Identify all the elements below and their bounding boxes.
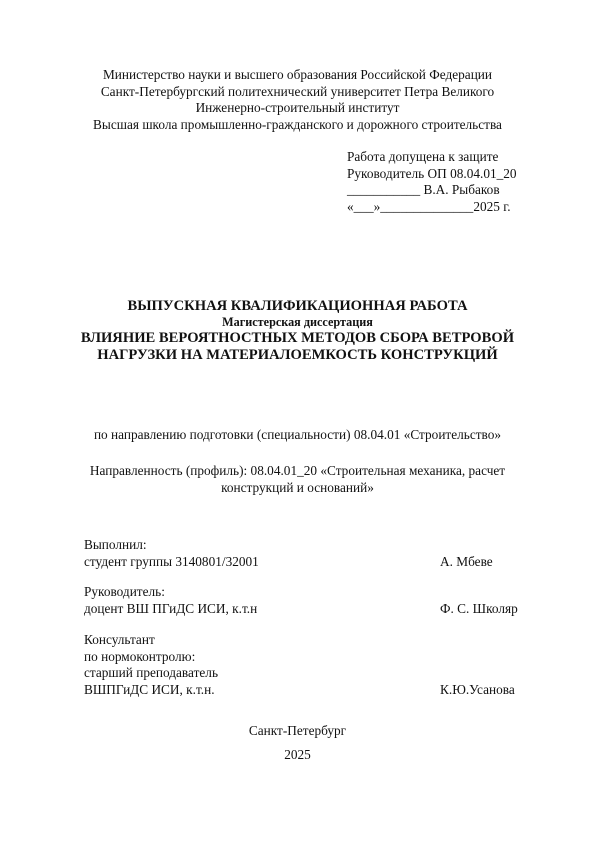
consultant-role-1: старший преподаватель [84,665,218,682]
school-line: Высшая школа промышленно-гражданского и … [0,117,595,134]
work-subtype: Магистерская диссертация [0,315,595,331]
organization-header: Министерство науки и высшего образования… [0,67,595,133]
work-type-title: ВЫПУСКНАЯ КВАЛИФИКАЦИОННАЯ РАБОТА [0,298,595,315]
study-profile: Направленность (профиль): 08.04.01_20 «С… [0,463,595,496]
topic-title-line-2: НАГРУЗКИ НА МАТЕРИАЛОЕМКОСТЬ КОНСТРУКЦИЙ [0,347,595,364]
supervisor-role: доцент ВШ ПГиДС ИСИ, к.т.н [84,601,257,618]
supervisor-block: Руководитель: доцент ВШ ПГиДС ИСИ, к.т.н [84,584,257,617]
profile-line-2: конструкций и оснований» [0,480,595,497]
student-name: А. Мбеве [440,554,493,571]
study-direction: по направлению подготовки (специальности… [0,427,595,444]
city: Санкт-Петербург [0,723,595,740]
student-label: Выполнил: [84,537,259,554]
topic-title-line-1: ВЛИЯНИЕ ВЕРОЯТНОСТНЫХ МЕТОДОВ СБОРА ВЕТР… [0,330,595,347]
student-block: Выполнил: студент группы 3140801/32001 [84,537,259,570]
supervisor-label: Руководитель: [84,584,257,601]
student-role: студент группы 3140801/32001 [84,554,259,571]
consultant-role-2: ВШПГиДС ИСИ, к.т.н. [84,682,218,699]
consultant-name: К.Ю.Усанова [440,682,515,699]
ministry-line: Министерство науки и высшего образования… [0,67,595,84]
approval-signature-line: ___________ В.А. Рыбаков [347,182,517,199]
title-block: ВЫПУСКНАЯ КВАЛИФИКАЦИОННАЯ РАБОТА Магист… [0,298,595,363]
year: 2025 [0,747,595,764]
institute-line: Инженерно-строительный институт [0,100,595,117]
supervisor-name: Ф. С. Школяр [440,601,518,618]
profile-line-1: Направленность (профиль): 08.04.01_20 «С… [0,463,595,480]
approval-program-head: Руководитель ОП 08.04.01_20 [347,166,517,183]
approval-block: Работа допущена к защите Руководитель ОП… [347,149,517,215]
consultant-label-1: Консультант [84,632,218,649]
university-line: Санкт-Петербургский политехнический унив… [0,84,595,101]
consultant-label-2: по нормоконтролю: [84,649,218,666]
approval-heading: Работа допущена к защите [347,149,517,166]
consultant-block: Консультант по нормоконтролю: старший пр… [84,632,218,698]
approval-date-line: «___»______________2025 г. [347,199,517,216]
